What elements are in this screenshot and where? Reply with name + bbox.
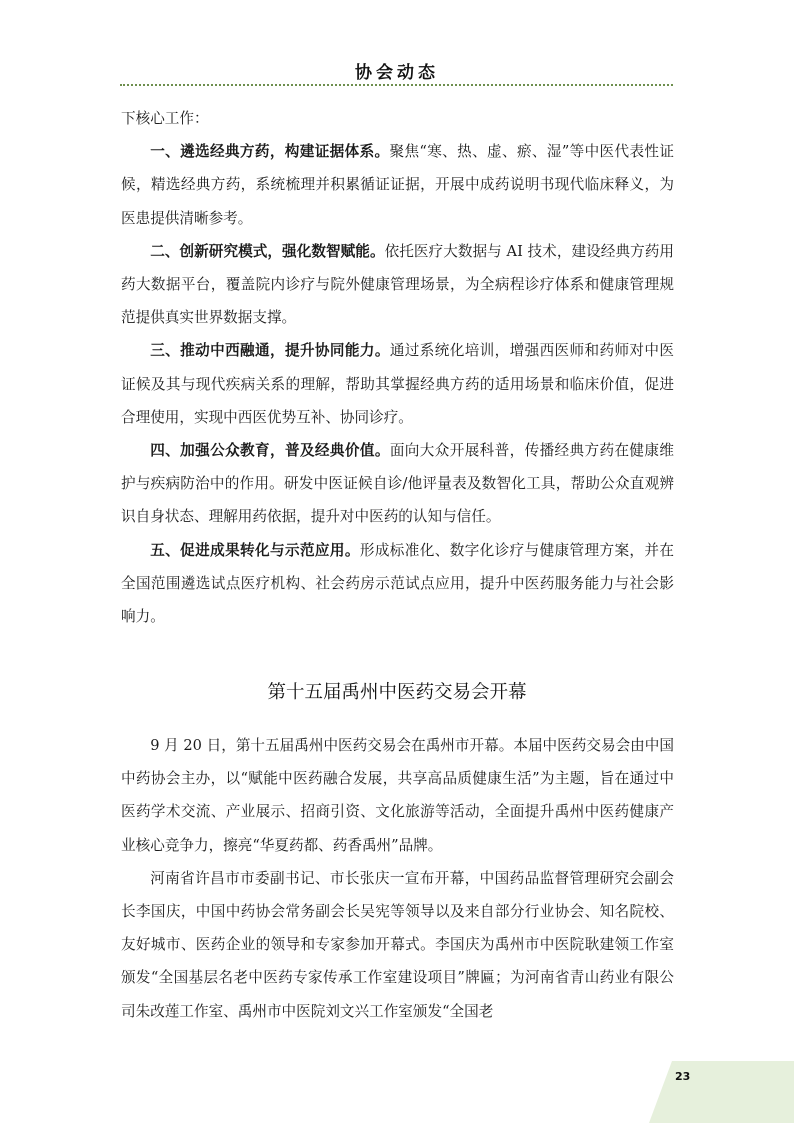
work-item-lead: 二、创新研究模式，强化数智赋能。 [150, 243, 384, 260]
work-item: 一、遴选经典方药，构建证据体系。聚焦“寒、热、虚、瘀、湿”等中医代表性证候，精选… [121, 135, 674, 235]
work-item: 三、推动中西融通，提升协同能力。通过系统化培训，增强西医师和药师对中医证候及其与… [121, 334, 674, 434]
corner-shape [649, 1061, 794, 1123]
article-title: 第十五届禹州中医药交易会开幕 [0, 678, 794, 704]
intro-line: 下核心工作： [121, 102, 674, 135]
body-paragraph: 9 月 20 日，第十五届禹州中医药交易会在禹州市开幕。本届中医药交易会由中国中… [121, 729, 674, 862]
work-item: 四、加强公众教育，普及经典价值。面向大众开展科普，传播经典方药在健康维护与疾病防… [121, 434, 674, 534]
work-item: 二、创新研究模式，强化数智赋能。依托医疗大数据与 AI 技术，建设经典方药用药大… [121, 235, 674, 335]
work-item: 五、促进成果转化与示范应用。形成标准化、数字化诊疗与健康管理方案，并在全国范围遴… [121, 534, 674, 634]
body-paragraph: 河南省许昌市市委副书记、市长张庆一宣布开幕，中国药品监督管理研究会副会长李国庆，… [121, 862, 674, 1028]
work-item-lead: 一、遴选经典方药，构建证据体系。 [150, 143, 389, 160]
page-number: 23 [675, 1070, 690, 1083]
work-item-lead: 四、加强公众教育，普及经典价值。 [150, 442, 390, 459]
running-header-title: 协会动态 [0, 58, 794, 83]
article-body: 9 月 20 日，第十五届禹州中医药交易会在禹州市开幕。本届中医药交易会由中国中… [121, 729, 674, 1028]
work-item-lead: 五、促进成果转化与示范应用。 [150, 542, 360, 559]
header-divider [120, 84, 673, 86]
work-item-lead: 三、推动中西融通，提升协同能力。 [150, 342, 390, 359]
article-continuation: 下核心工作： 一、遴选经典方药，构建证据体系。聚焦“寒、热、虚、瘀、湿”等中医代… [121, 102, 674, 633]
